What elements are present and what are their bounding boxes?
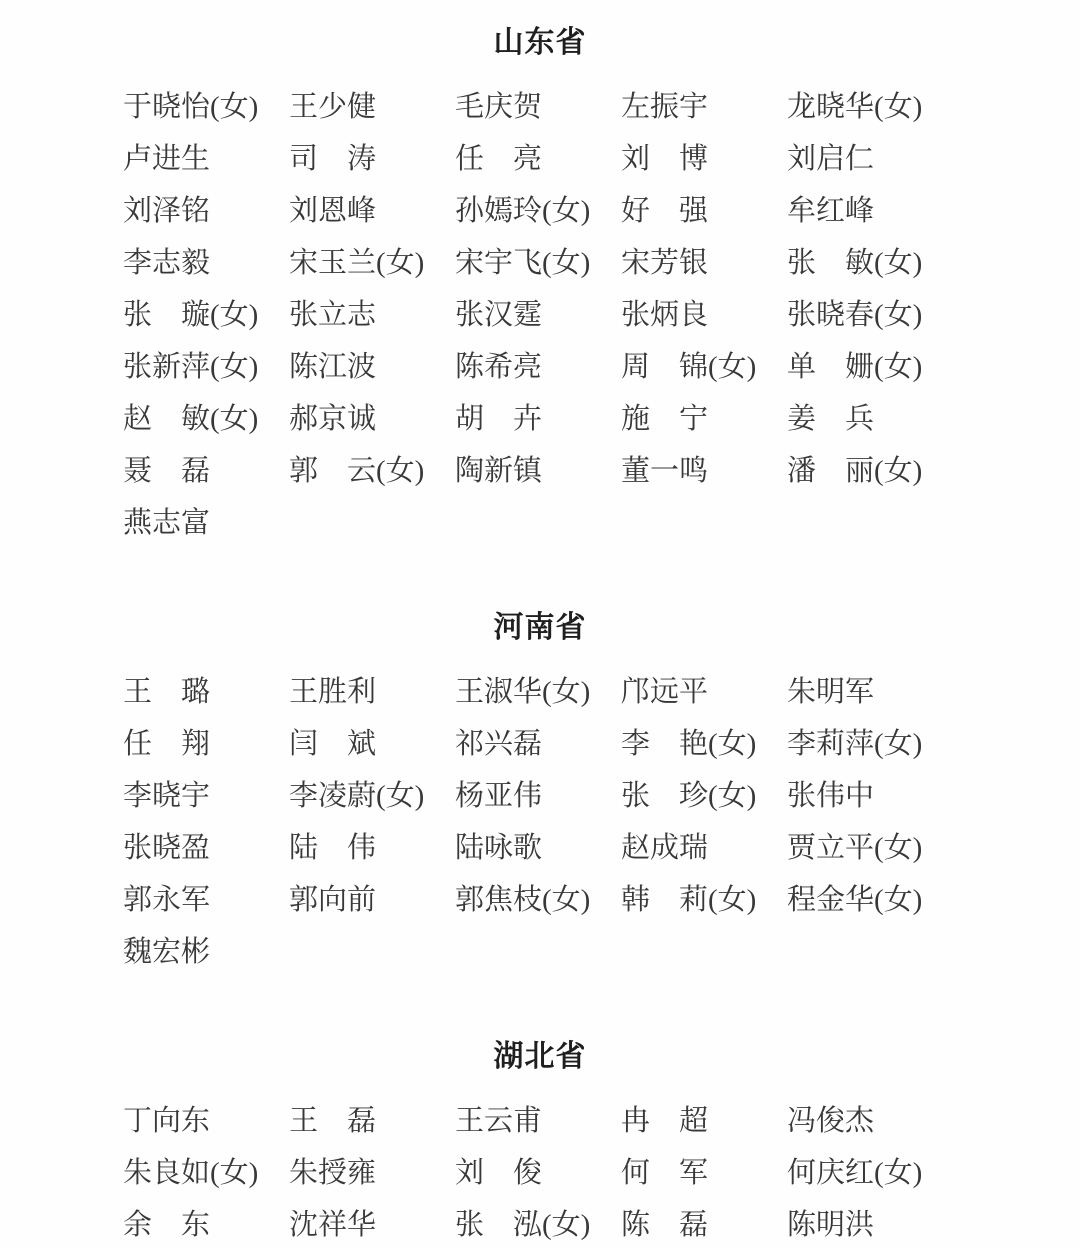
name-item: 郭永军 (123, 874, 289, 926)
name-item: 魏宏彬 (123, 926, 289, 978)
name-item: 丁向东 (123, 1095, 289, 1147)
name-item: 刘恩峰 (289, 185, 455, 237)
name-item: 潘 丽(女) (787, 445, 953, 497)
name-item: 陆 伟 (289, 822, 455, 874)
names-grid: 丁向东王 磊王云甫冉 超冯俊杰朱良如(女)朱授雍刘 俊何 军何庆红(女)余 东沈… (123, 1095, 1080, 1248)
name-item: 何庆红(女) (787, 1147, 953, 1199)
name-item: 陈 磊 (621, 1199, 787, 1248)
name-item: 郝京诚 (289, 393, 455, 445)
name-item: 张晓盈 (123, 822, 289, 874)
name-item: 李志毅 (123, 237, 289, 289)
name-item: 牟红峰 (787, 185, 953, 237)
name-item: 赵成瑞 (621, 822, 787, 874)
name-item: 冉 超 (621, 1095, 787, 1147)
name-item: 左振宇 (621, 81, 787, 133)
name-item: 陈希亮 (455, 341, 621, 393)
name-item: 姜 兵 (787, 393, 953, 445)
name-item: 余 东 (123, 1199, 289, 1248)
name-item: 王淑华(女) (455, 666, 621, 718)
name-item: 贾立平(女) (787, 822, 953, 874)
name-item: 宋玉兰(女) (289, 237, 455, 289)
name-item: 王 磊 (289, 1095, 455, 1147)
name-item: 李晓宇 (123, 770, 289, 822)
name-item: 李凌蔚(女) (289, 770, 455, 822)
name-item: 李莉萍(女) (787, 718, 953, 770)
name-item: 任 翔 (123, 718, 289, 770)
name-item: 王少健 (289, 81, 455, 133)
name-item: 单 姗(女) (787, 341, 953, 393)
name-item: 陆咏歌 (455, 822, 621, 874)
name-item: 王 璐 (123, 666, 289, 718)
name-item: 燕志富 (123, 497, 289, 549)
name-item: 杨亚伟 (455, 770, 621, 822)
name-item: 卢进生 (123, 133, 289, 185)
name-item: 朱明军 (787, 666, 953, 718)
name-item: 张 泓(女) (455, 1199, 621, 1248)
name-item: 张炳良 (621, 289, 787, 341)
name-item: 于晓怡(女) (123, 81, 289, 133)
name-item: 张 敏(女) (787, 237, 953, 289)
name-item: 朱授雍 (289, 1147, 455, 1199)
name-item: 施 宁 (621, 393, 787, 445)
name-item: 闫 斌 (289, 718, 455, 770)
name-item: 李 艳(女) (621, 718, 787, 770)
name-item: 冯俊杰 (787, 1095, 953, 1147)
name-item: 任 亮 (455, 133, 621, 185)
names-grid: 于晓怡(女)王少健毛庆贺左振宇龙晓华(女)卢进生司 涛任 亮刘 博刘启仁刘泽铭刘… (123, 81, 1080, 549)
name-item: 邝远平 (621, 666, 787, 718)
province-section: 河南省王 璐王胜利王淑华(女)邝远平朱明军任 翔闫 斌祁兴磊李 艳(女)李莉萍(… (0, 613, 1080, 978)
names-grid: 王 璐王胜利王淑华(女)邝远平朱明军任 翔闫 斌祁兴磊李 艳(女)李莉萍(女)李… (123, 666, 1080, 978)
name-item: 好 强 (621, 185, 787, 237)
name-item: 何 军 (621, 1147, 787, 1199)
name-item: 毛庆贺 (455, 81, 621, 133)
name-item: 聂 磊 (123, 445, 289, 497)
name-item: 王云甫 (455, 1095, 621, 1147)
name-item: 朱良如(女) (123, 1147, 289, 1199)
name-item: 张 珍(女) (621, 770, 787, 822)
name-item: 郭 云(女) (289, 445, 455, 497)
name-item: 张晓春(女) (787, 289, 953, 341)
name-item: 张伟中 (787, 770, 953, 822)
name-item: 郭向前 (289, 874, 455, 926)
name-item: 程金华(女) (787, 874, 953, 926)
province-section: 湖北省丁向东王 磊王云甫冉 超冯俊杰朱良如(女)朱授雍刘 俊何 军何庆红(女)余… (0, 1042, 1080, 1248)
name-item: 刘 俊 (455, 1147, 621, 1199)
name-item: 龙晓华(女) (787, 81, 953, 133)
name-item: 张 璇(女) (123, 289, 289, 341)
name-item: 王胜利 (289, 666, 455, 718)
province-title: 河南省 (0, 613, 1080, 643)
name-item: 胡 卉 (455, 393, 621, 445)
name-item: 张新萍(女) (123, 341, 289, 393)
name-item: 刘泽铭 (123, 185, 289, 237)
province-section: 山东省于晓怡(女)王少健毛庆贺左振宇龙晓华(女)卢进生司 涛任 亮刘 博刘启仁刘… (0, 0, 1080, 549)
name-item: 董一鸣 (621, 445, 787, 497)
name-item: 韩 莉(女) (621, 874, 787, 926)
name-item: 张立志 (289, 289, 455, 341)
name-item: 周 锦(女) (621, 341, 787, 393)
name-item: 宋芳银 (621, 237, 787, 289)
name-item: 赵 敏(女) (123, 393, 289, 445)
name-item: 孙嫣玲(女) (455, 185, 621, 237)
name-item: 陈江波 (289, 341, 455, 393)
province-title: 湖北省 (0, 1042, 1080, 1072)
province-title: 山东省 (0, 0, 1080, 58)
name-item: 刘启仁 (787, 133, 953, 185)
name-item: 司 涛 (289, 133, 455, 185)
name-item: 陈明洪 (787, 1199, 953, 1248)
name-item: 刘 博 (621, 133, 787, 185)
name-roster: 山东省于晓怡(女)王少健毛庆贺左振宇龙晓华(女)卢进生司 涛任 亮刘 博刘启仁刘… (0, 0, 1080, 1248)
name-item: 陶新镇 (455, 445, 621, 497)
name-item: 祁兴磊 (455, 718, 621, 770)
name-item: 郭焦枝(女) (455, 874, 621, 926)
name-item: 张汉霆 (455, 289, 621, 341)
document-page: 山东省于晓怡(女)王少健毛庆贺左振宇龙晓华(女)卢进生司 涛任 亮刘 博刘启仁刘… (0, 0, 1080, 1248)
name-item: 沈祥华 (289, 1199, 455, 1248)
name-item: 宋宇飞(女) (455, 237, 621, 289)
